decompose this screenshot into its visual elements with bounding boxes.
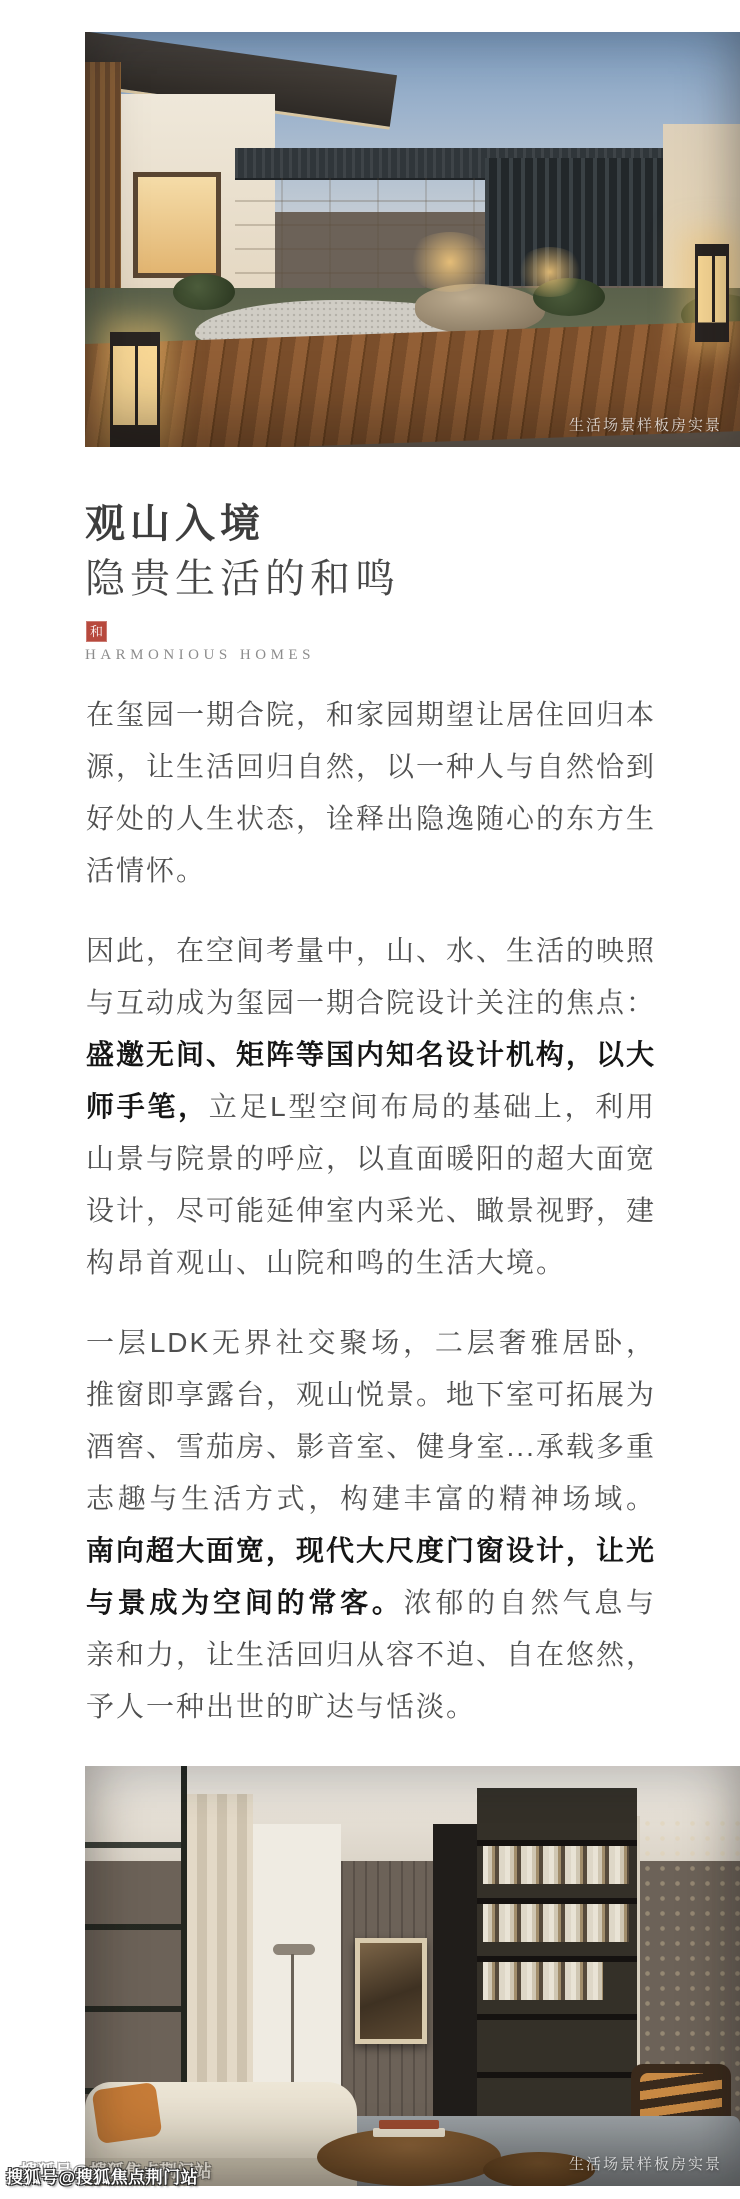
photo-light-glow [405,232,495,292]
living-room-photo: 生活场景样板房实景 [85,1766,740,2186]
article-title-line1: 观山入境 [85,496,400,551]
article-title-line2: 隐贵生活的和鸣 [85,551,400,606]
paragraph-2-seg1: 因此，在空间考量中，山、水、生活的映照与互动成为玺园一期合院设计关注的焦点： [86,935,656,1018]
paragraph-3-seg1: 一层LDK无界社交聚场，二层奢雅居卧，推窗即享露台，观山悦景。地下室可拓展为酒窖… [86,1327,656,1514]
photo-books-row [483,1846,629,1884]
photo-table-books [373,2128,445,2137]
photo-lit-window [133,172,221,278]
paragraph-1: 在玺园一期合院，和家园期望让居住回归本源，让生活回归自然，以一种人与自然恰到好处… [86,689,656,897]
photo-watermark-label: 生活场景样板房实景 [569,2153,722,2174]
photo-floor-lamp [273,1944,315,1955]
photo-cushion [92,2082,163,2144]
article-page: { "header": { "title_line1": "观山入境", "ti… [0,0,740,2199]
brand-seal-icon: 和 [86,621,107,642]
article-header: 观山入境 隐贵生活的和鸣 和 HARMONIOUS HOMES [85,496,400,664]
photo-rock [415,284,545,334]
paragraph-2: 因此，在空间考量中，山、水、生活的映照与互动成为玺园一期合院设计关注的焦点：盛邀… [86,925,656,1289]
photo-dark-pillar [433,1824,477,2140]
photo-lantern [110,332,160,447]
paragraph-1-text: 在玺园一期合院，和家园期望让居住回归本源，让生活回归自然，以一种人与自然恰到好处… [86,699,656,886]
article-subtitle: HARMONIOUS HOMES [85,647,400,664]
sohu-account-watermark: 搜狐号@搜狐焦点荆门站 [6,2163,198,2188]
photo-framed-art [355,1938,427,2044]
photo-curtain [187,1794,253,2124]
photo-table-books [379,2120,439,2129]
photo-light-glow [515,247,585,297]
courtyard-dusk-photo: 生活场景样板房实景 [85,32,740,447]
article-body: 在玺园一期合院，和家园期望让居住回归本源，让生活回归自然，以一种人与自然恰到好处… [86,689,656,1761]
photo-shrub [173,274,235,310]
paragraph-3: 一层LDK无界社交聚场，二层奢雅居卧，推窗即享露台，观山悦景。地下室可拓展为酒窖… [86,1317,656,1733]
photo-books-row [483,1904,629,1942]
photo-lantern [695,244,729,342]
photo-watermark-label: 生活场景样板房实景 [569,414,722,435]
photo-books-row [483,1962,603,2000]
